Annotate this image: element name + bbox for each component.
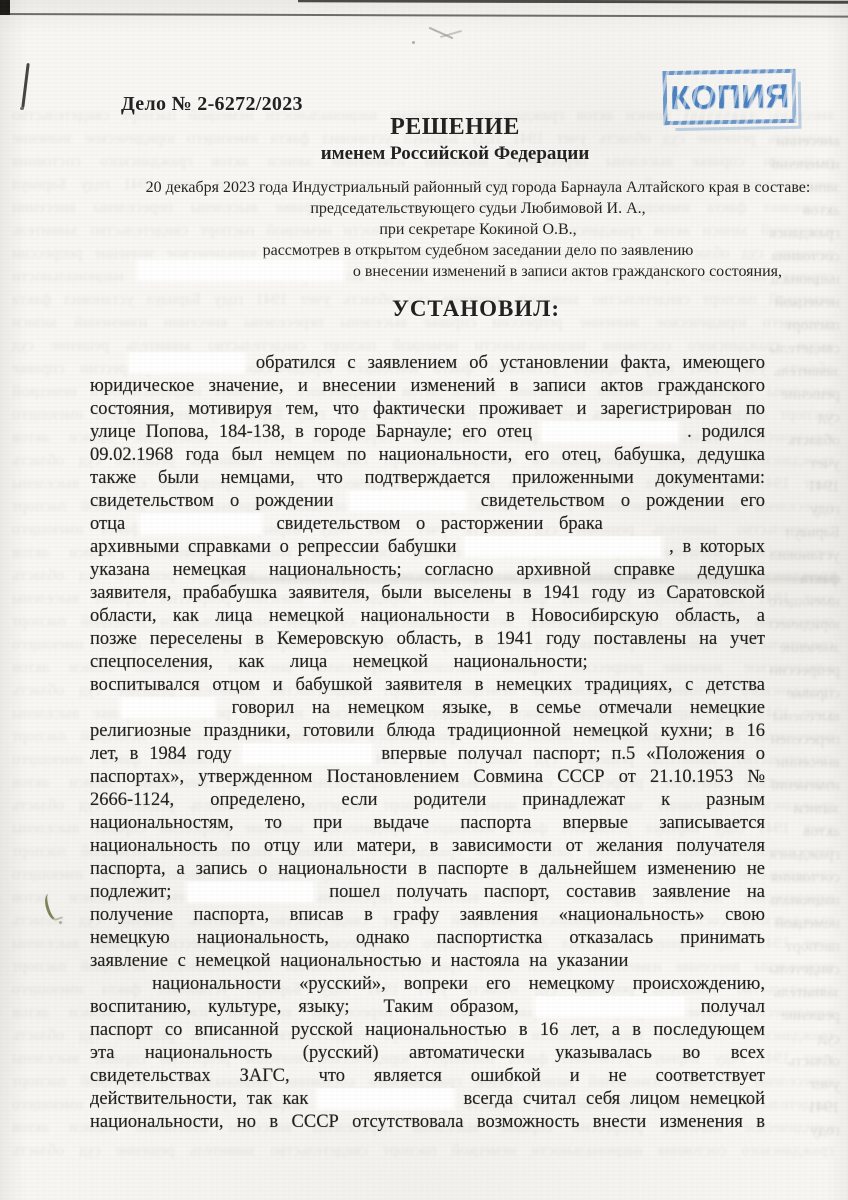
case-number: Дело № 2-6272/2023	[121, 93, 303, 116]
line-text: свидетельством о расторжении брака	[276, 514, 602, 534]
body-line: паспортах», утвержденном Постановлением …	[90, 766, 765, 789]
line-text: . родился	[687, 422, 765, 442]
line-text: воспитывался отцом и бабушкой заявителя …	[90, 675, 765, 695]
indent-gap	[90, 712, 104, 713]
body-line: эта национальность (русский) автоматичес…	[90, 1042, 765, 1065]
body-line: свидетельствах ЗАГС, что является ошибко…	[90, 1065, 765, 1088]
intro-line-petitioner: о внесении изменений в записи актов граж…	[113, 261, 843, 282]
line-text: заявление с немецкой национальностью и н…	[90, 951, 628, 971]
line-text: немецкую национальность, однако паспорти…	[90, 928, 765, 948]
bleedthrough-text-right-margin: внесении изменений записи актов гражданс…	[770, 130, 840, 1145]
body-line: получение паспорта, вписав в графу заявл…	[90, 904, 765, 927]
body-line: лет, в 1984 году впервые получал паспорт…	[90, 743, 765, 766]
pen-mark-dot	[20, 107, 24, 110]
body-line: национальности «русский», вопреки его не…	[90, 973, 765, 996]
line-text: свидетельствах ЗАГС, что является ошибко…	[90, 1066, 765, 1086]
body-line: юридическое значение, и внесении изменен…	[90, 375, 765, 398]
redaction-box	[188, 882, 313, 901]
line-text: также были немцами, что подтверждается п…	[90, 468, 765, 488]
body-line: состояния, мотивируя тем, что фактически…	[90, 398, 765, 421]
intro-line: 20 декабря 2023 года Индустриальный райо…	[113, 177, 843, 198]
body-line: паспорт со вписанной русской национально…	[90, 1019, 765, 1042]
body-line: воспитывался отцом и бабушкой заявителя …	[90, 674, 765, 697]
line-text: говорил на немецком языке, в семье отмеч…	[232, 698, 765, 718]
redaction-box	[130, 353, 244, 372]
body-line: подлежит; пошел получать паспорт, состав…	[90, 881, 765, 904]
line-text: лет, в 1984 году	[90, 744, 232, 764]
line-text: позже переселены в Кемеровскую область, …	[90, 629, 765, 649]
line-text: эта национальность (русский) автоматичес…	[90, 1043, 765, 1063]
line-text: спецпоселения, как лица немецкой национа…	[90, 652, 588, 672]
redaction-box	[536, 997, 684, 1016]
redaction-box	[243, 744, 371, 763]
intro-line: председательствующего судьи Любимовой И.…	[113, 198, 843, 219]
line-text: области, как лица немецкой национальност…	[90, 606, 765, 626]
body-line: заявление с немецкой национальностью и н…	[90, 950, 765, 973]
line-text: получал	[701, 997, 765, 1017]
redaction-box	[542, 422, 677, 441]
line-text: обратился с заявлением об установлении ф…	[256, 353, 765, 373]
body-line: паспорта, а запись о национальности в па…	[90, 858, 765, 881]
body-line: позже переселены в Кемеровскую область, …	[90, 628, 765, 651]
redaction-box	[350, 491, 465, 510]
line-text: пошел получать паспорт, составив заявлен…	[329, 882, 765, 902]
body-line: говорил на немецком языке, в семье отмеч…	[90, 697, 765, 720]
body-line: национальность по отцу или матери, в зав…	[90, 835, 765, 858]
body-line: национальностям, то при выдаче паспорта …	[90, 812, 765, 835]
ink-smear-dot	[59, 921, 62, 924]
line-text: указана немецкая национальность; согласн…	[90, 560, 765, 580]
line-text: воспитанию, культуре, языку; Таким образ…	[90, 997, 519, 1017]
redaction-box	[122, 698, 214, 717]
line-text: отца	[90, 514, 125, 534]
pencil-squiggle-dot	[412, 41, 415, 44]
scan-edge-line	[0, 13, 848, 18]
body-line: религиозные праздники, готовили блюда тр…	[90, 720, 765, 743]
body-line: 09.02.1968 года был немцем по национальн…	[90, 444, 765, 467]
copy-stamp-distress-overlay	[662, 68, 798, 126]
line-text: юридическое значение, и внесении изменен…	[90, 376, 765, 396]
body-line: улице Попова, 184-138, в городе Барнауле…	[90, 421, 765, 444]
line-text: архивными справками о репрессии бабушки	[90, 537, 457, 557]
indent-gap	[90, 367, 118, 368]
line-text: свидетельством о рождении	[90, 491, 334, 511]
line-text: свидетельством о рождении его	[481, 491, 765, 511]
line-text: национальности, но в СССР отсутствовала …	[90, 1112, 765, 1132]
body-line: отца свидетельством о расторжении брака	[90, 513, 765, 536]
court-composition-block: 20 декабря 2023 года Индустриальный райо…	[113, 177, 843, 282]
intro-line: при секретаре Кокиной О.В.,	[113, 219, 843, 240]
pen-mark	[21, 63, 29, 108]
body-line: действительности, так как всегда считал …	[90, 1088, 765, 1111]
body-line: воспитанию, культуре, языку; Таким образ…	[90, 996, 765, 1019]
line-text: 09.02.1968 года был немцем по национальн…	[90, 445, 765, 465]
line-text: заявителя, прабабушка заявителя, были вы…	[90, 583, 765, 603]
scan-edge-line-top	[298, 0, 848, 4]
line-text: национальностям, то при выдаче паспорта …	[90, 813, 765, 833]
line-text: паспорта, а запись о национальности в па…	[90, 859, 765, 879]
line-text: всегда считал себя лицом немецкой	[463, 1089, 765, 1109]
body-line: немецкую национальность, однако паспорти…	[90, 927, 765, 950]
copy-stamp: КОПИЯ	[663, 69, 797, 125]
line-text: впервые получал паспорт; п.5 «Положения …	[381, 744, 765, 764]
line-text: паспорт со вписанной русской национально…	[90, 1020, 765, 1040]
body-line: свидетельством о рождении свидетельством…	[90, 490, 765, 513]
body-line: заявителя, прабабушка заявителя, были вы…	[90, 582, 765, 605]
line-text: паспортах», утвержденном Постановлением …	[90, 767, 765, 787]
indent-gap	[90, 988, 134, 989]
decision-subtitle: именем Российской Федерации	[62, 143, 848, 165]
redaction-box	[318, 1089, 453, 1108]
body-line: национальности, но в СССР отсутствовала …	[90, 1111, 765, 1134]
decision-body-text: обратился с заявлением об установлении ф…	[90, 352, 765, 1134]
line-text: получение паспорта, вписав в графу заявл…	[90, 905, 765, 925]
scan-corner-blob	[0, 0, 10, 15]
line-text: действительности, так как	[90, 1089, 308, 1109]
line-text: национальности «русский», вопреки его не…	[152, 974, 765, 994]
redaction-box	[141, 514, 261, 533]
line-text: национальность по отцу или матери, в зав…	[90, 836, 765, 856]
body-line: области, как лица немецкой национальност…	[90, 605, 765, 628]
body-line: обратился с заявлением об установлении ф…	[90, 352, 765, 375]
redaction-box	[465, 537, 660, 556]
body-line: указана немецкая национальность; согласн…	[90, 559, 765, 582]
intro-last-text: о внесении изменений в записи актов граж…	[353, 263, 782, 280]
scanned-court-decision-page: внесении изменений записи актов гражданс…	[0, 0, 848, 1200]
line-text: подлежит;	[90, 882, 171, 902]
body-line: 2666-1124, определено, если родители при…	[90, 789, 765, 812]
body-line: архивными справками о репрессии бабушки …	[90, 536, 765, 559]
intro-line: рассмотрев в открытом судебном заседании…	[113, 240, 843, 261]
line-text: 2666-1124, определено, если родители при…	[90, 790, 765, 810]
section-heading: УСТАНОВИЛ:	[104, 296, 848, 322]
body-line: спецпоселения, как лица немецкой национа…	[90, 651, 765, 674]
line-text: религиозные праздники, готовили блюда тр…	[90, 721, 765, 741]
redaction-box	[138, 261, 343, 280]
line-text: , в которых	[669, 537, 765, 557]
line-text: улице Попова, 184-138, в городе Барнауле…	[90, 422, 532, 442]
line-text: состояния, мотивируя тем, что фактически…	[90, 399, 765, 419]
body-line: также были немцами, что подтверждается п…	[90, 467, 765, 490]
